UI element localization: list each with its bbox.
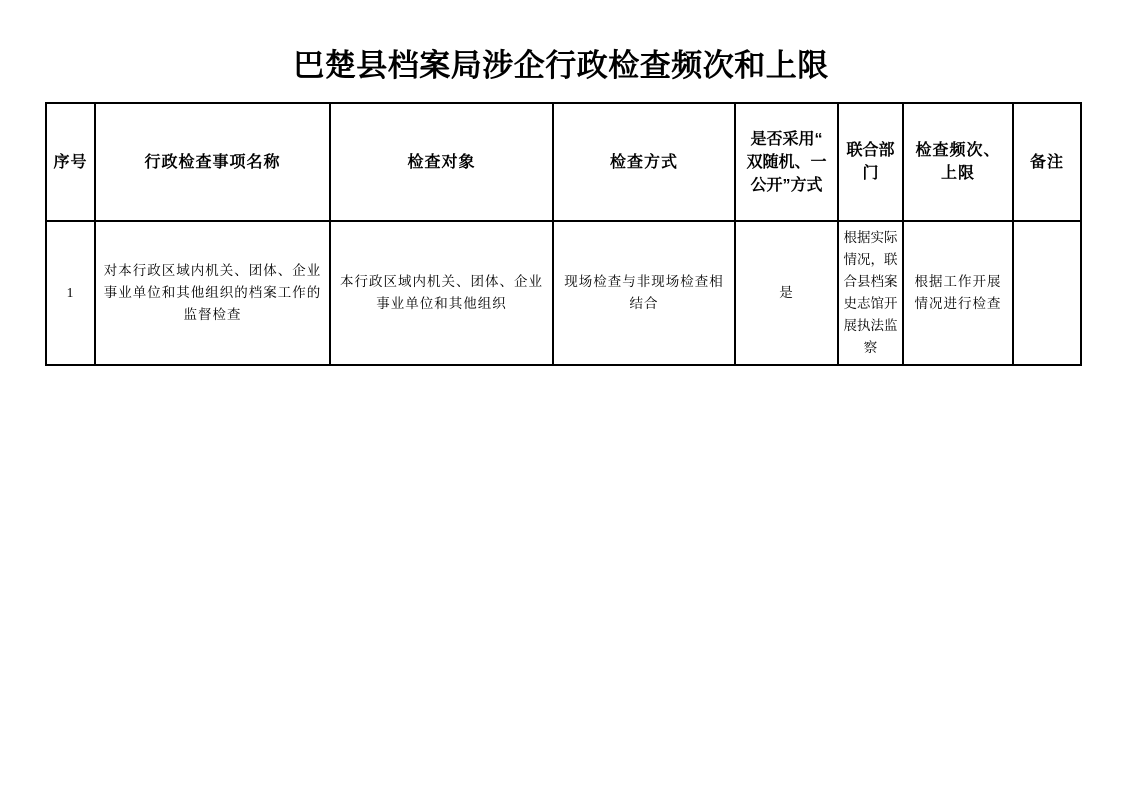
cell-method: 现场检查与非现场检查相 结合 bbox=[553, 221, 735, 365]
document-page: 巴楚县档案局涉企行政检查频次和上限 序号 行政检查事项名称 检查对象 检查方式 … bbox=[0, 0, 1122, 793]
header-item-name: 行政检查事项名称 bbox=[95, 103, 330, 221]
header-double-random: 是否采用“ 双随机、一 公开”方式 bbox=[735, 103, 838, 221]
cell-frequency-limit: 根据工作开展 情况进行检查 bbox=[903, 221, 1013, 365]
header-target: 检查对象 bbox=[330, 103, 553, 221]
cell-target: 本行政区域内机关、团体、企业 事业单位和其他组织 bbox=[330, 221, 553, 365]
cell-seq: 1 bbox=[46, 221, 95, 365]
table-header-row: 序号 行政检查事项名称 检查对象 检查方式 是否采用“ 双随机、一 公开”方式 … bbox=[46, 103, 1081, 221]
header-frequency-limit: 检查频次、 上限 bbox=[903, 103, 1013, 221]
cell-item-name: 对本行政区域内机关、团体、企业 事业单位和其他组织的档案工作的 监督检查 bbox=[95, 221, 330, 365]
header-remarks: 备注 bbox=[1013, 103, 1081, 221]
cell-double-random: 是 bbox=[735, 221, 838, 365]
cell-joint-department: 根据实际 情况，联 合县档案 史志馆开 展执法监 察 bbox=[838, 221, 903, 365]
cell-remarks bbox=[1013, 221, 1081, 365]
inspection-table: 序号 行政检查事项名称 检查对象 检查方式 是否采用“ 双随机、一 公开”方式 … bbox=[45, 102, 1082, 366]
header-method: 检查方式 bbox=[553, 103, 735, 221]
table-row: 1 对本行政区域内机关、团体、企业 事业单位和其他组织的档案工作的 监督检查 本… bbox=[46, 221, 1081, 365]
header-seq: 序号 bbox=[46, 103, 95, 221]
header-joint-department: 联合部 门 bbox=[838, 103, 903, 221]
document-title: 巴楚县档案局涉企行政检查频次和上限 bbox=[0, 46, 1122, 86]
